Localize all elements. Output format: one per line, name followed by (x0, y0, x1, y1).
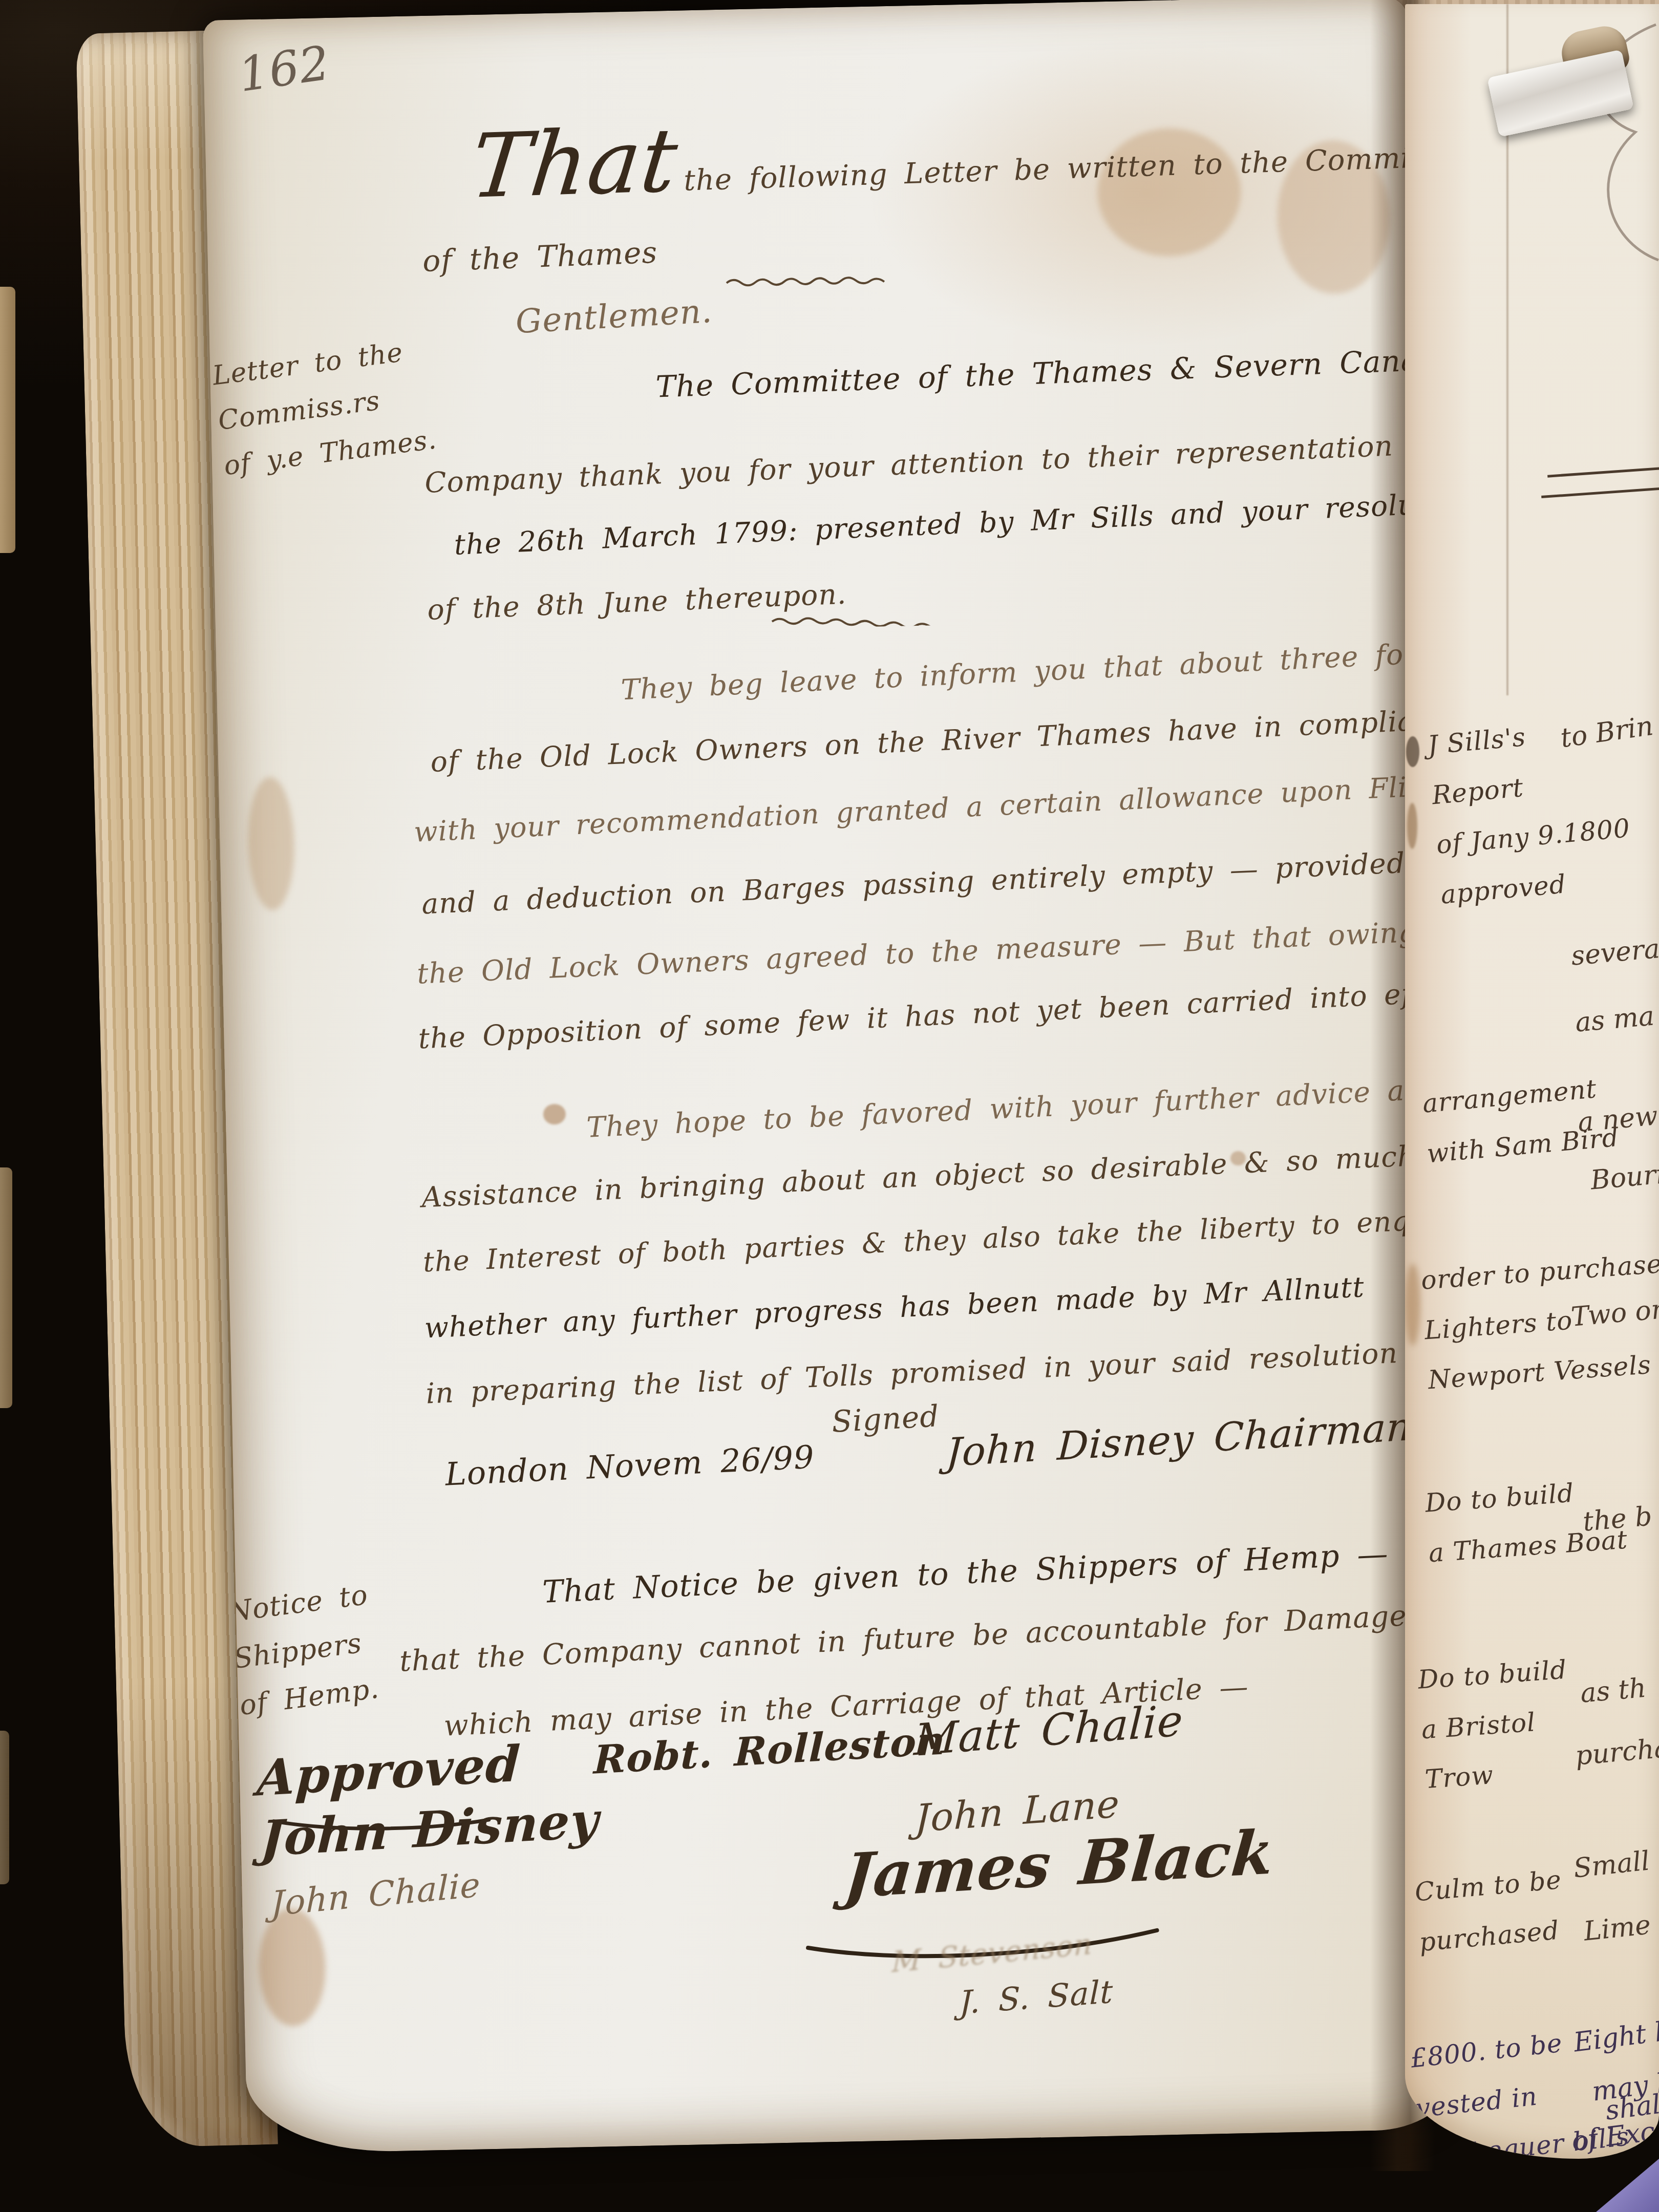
rp-body-fragment: Small (1572, 1845, 1651, 1884)
rp-body-fragment: severa (1570, 933, 1659, 972)
rp-body-fragment: as ma (1574, 1001, 1655, 1038)
heading-lead-word: That (466, 109, 683, 218)
facing-book-edge-strip (0, 1731, 9, 1884)
letter-line: whether any further progress has been ma… (423, 1270, 1365, 1344)
rp-entry-bristol-trow: Do to build a Bristol Trow (1416, 1645, 1576, 1805)
letter-line: of the Old Lock Owners on the River Tham… (430, 702, 1451, 778)
place-date: London Novem 26/99 (444, 1438, 815, 1493)
ink-rule-squiggle (726, 272, 900, 289)
approved-label: Approved (256, 1734, 522, 1807)
rp-body-fragment: Bouri (1589, 1159, 1659, 1196)
rp-body-fragment: the b (1582, 1501, 1653, 1538)
approval-signature: John Chalie (271, 1865, 481, 1924)
committee-signature: J. S. Salt (959, 1973, 1114, 2022)
salutation: Gentlemen. (515, 292, 713, 341)
rp-body-fragment: a new (1577, 1100, 1659, 1138)
heading-continuation: the following Letter be written to the C… (683, 138, 1451, 198)
letter-line: the Interest of both parties & they also… (422, 1202, 1452, 1278)
left-manuscript-page: 162 That the following Letter be written… (203, 0, 1452, 2154)
letter-line: in preparing the list of Tolls promised … (425, 1336, 1398, 1410)
letter-line: They hope to be favored with your furthe… (586, 1072, 1442, 1144)
margin-note-hemp: Notice to Shippers of Hemp. (225, 1571, 382, 1729)
letter-line: the Old Lock Owners agreed to the measur… (416, 913, 1452, 990)
committee-signature: James Black (842, 1816, 1277, 1912)
facing-book-edge-strip (0, 1167, 12, 1408)
binding-stain (1405, 1264, 1420, 1346)
binding-speck (1407, 803, 1417, 849)
rp-entry-line: Trow (1423, 1745, 1576, 1805)
letter-line: The Committee of the Thames & Severn Can… (655, 343, 1430, 405)
signed-label: Signed (831, 1398, 941, 1439)
chairman-signature: John Disney Chairman (945, 1403, 1413, 1475)
photographed-minute-book: 162 That the following Letter be written… (0, 0, 1659, 2212)
margin-note-letter: Letter to the Commiss.rs of y.e Thames. (210, 327, 439, 488)
hemp-line: that the Company cannot in future be acc… (399, 1599, 1408, 1678)
corner-fabric-sliver (1582, 2159, 1659, 2212)
letter-line: with your recommendation granted a certa… (413, 769, 1448, 848)
letter-line: Assistance in bringing about an object s… (421, 1137, 1452, 1214)
heading-second-line: of the Thames (422, 235, 658, 279)
binding-speck (1406, 736, 1419, 767)
ink-rule-squiggle (771, 612, 945, 629)
fox-spot (543, 1104, 566, 1125)
folio-number: 162 (235, 35, 333, 102)
rp-body-fragment: as th (1579, 1673, 1647, 1709)
letter-line: Company thank you for your attention to … (424, 428, 1439, 499)
rp-body-fragment: purchas (1574, 1732, 1659, 1772)
right-manuscript-page: J Sills's Report of Jany 9.1800 approved… (1405, 4, 1659, 2159)
letter-line: the 26th March 1799: presented by Mr Sil… (454, 485, 1452, 561)
facing-book-edge-strip (0, 287, 15, 553)
letter-line: They beg leave to inform you that about … (620, 634, 1451, 706)
letter-line: the Opposition of some few it has not ye… (418, 974, 1452, 1055)
clip-body (1487, 50, 1634, 137)
page-stain (258, 1908, 327, 2027)
hemp-line: That Notice be given to the Shippers of … (542, 1536, 1389, 1610)
double-rule-line (1541, 487, 1659, 498)
letter-line: and a deduction on Barges passing entire… (421, 844, 1452, 921)
rp-entry-culm: Culm to be purchased (1413, 1855, 1568, 1967)
page-stain (247, 777, 295, 911)
double-rule-line (1547, 467, 1659, 477)
rp-body-fragment: Lime a (1582, 1907, 1659, 1947)
rp-entry-line: Do to build (1416, 1645, 1568, 1706)
resolution-heading: That the following Letter be written to … (463, 82, 1452, 219)
